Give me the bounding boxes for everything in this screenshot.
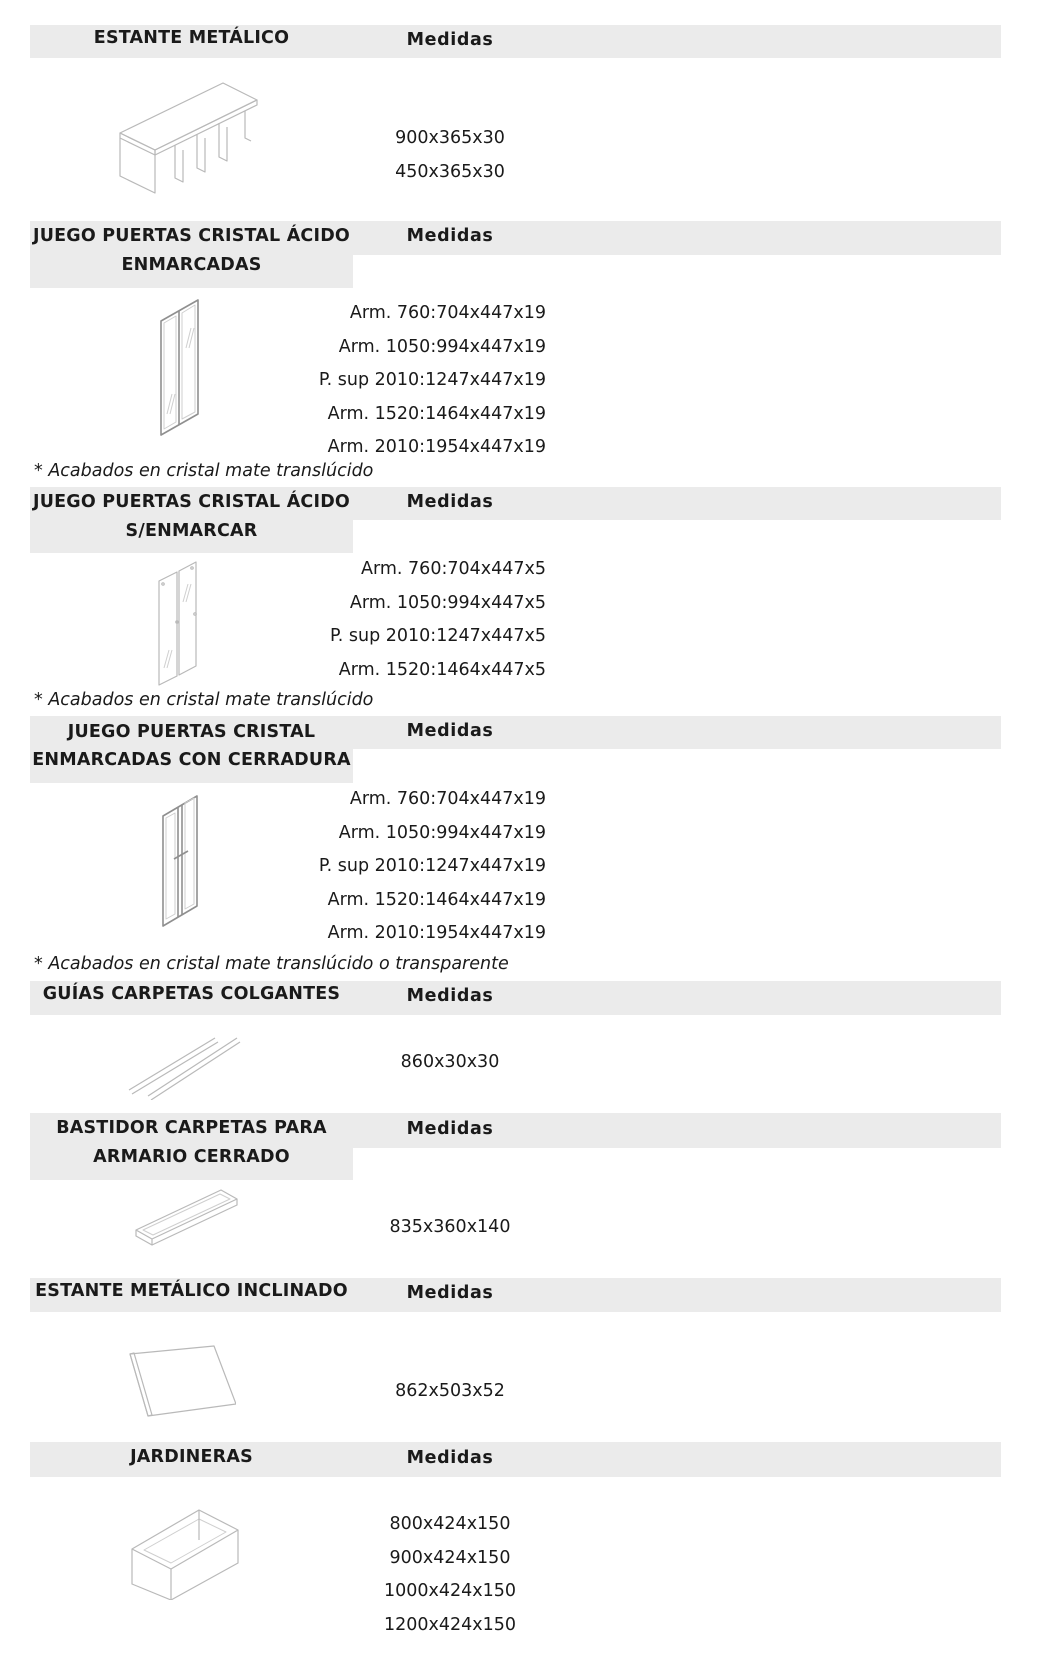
medidas-label: Medidas — [360, 1119, 540, 1139]
dimension-item: Arm. 1050:994x447x19 — [319, 331, 546, 365]
section-title: JUEGO PUERTAS CRISTAL ENMARCADAS CON CER… — [30, 718, 353, 774]
dimension-list: 835x360x140 — [360, 1211, 540, 1245]
finish-note: * Acabados en cristal mate translúcido — [34, 461, 373, 481]
dimension-item: 835x360x140 — [360, 1211, 540, 1245]
finish-note: * Acabados en cristal mate translúcido o… — [34, 954, 509, 974]
dimension-item: Arm. 1520:1464x447x19 — [319, 884, 546, 918]
planter-box-icon — [130, 1508, 245, 1600]
dimension-item: 900x424x150 — [360, 1542, 540, 1576]
dimension-item: P. sup 2010:1247x447x19 — [319, 850, 546, 884]
dimension-item: 860x30x30 — [360, 1046, 540, 1080]
dimension-item: 800x424x150 — [360, 1508, 540, 1542]
dimension-item: Arm. 1520:1464x447x19 — [319, 398, 546, 432]
dimension-item: Arm. 1520:1464x447x5 — [330, 654, 546, 688]
dimension-item: Arm. 760:704x447x19 — [319, 297, 546, 331]
locking-glass-doors-icon — [160, 792, 210, 932]
section-title: BASTIDOR CARPETAS PARA ARMARIO CERRADO — [30, 1114, 353, 1172]
medidas-label: Medidas — [360, 1448, 540, 1468]
section-title: GUÍAS CARPETAS COLGANTES — [30, 980, 353, 1009]
dimension-item: 450x365x30 — [360, 156, 540, 190]
folder-frame-icon — [133, 1186, 248, 1256]
medidas-label: Medidas — [360, 492, 540, 512]
dimension-item: 900x365x30 — [360, 122, 540, 156]
medidas-label: Medidas — [360, 986, 540, 1006]
dimension-item: 862x503x52 — [360, 1375, 540, 1409]
section-title: JUEGO PUERTAS CRISTAL ÁCIDO S/ENMARCAR — [30, 488, 353, 546]
dimension-item: Arm. 1050:994x447x19 — [319, 817, 546, 851]
dimension-item: Arm. 1050:994x447x5 — [330, 587, 546, 621]
dimension-item: P. sup 2010:1247x447x19 — [319, 364, 546, 398]
dimension-list: Arm. 760:704x447x19 Arm. 1050:994x447x19… — [319, 783, 546, 951]
dimension-list: Arm. 760:704x447x5 Arm. 1050:994x447x5 P… — [330, 553, 546, 687]
dimension-list: 900x365x30 450x365x30 — [360, 122, 540, 189]
hanging-folder-rails-icon — [125, 1030, 260, 1100]
framed-glass-doors-icon — [158, 296, 208, 441]
section-title: JARDINERAS — [30, 1443, 353, 1472]
section-title: ESTANTE METÁLICO — [30, 24, 353, 53]
dimension-list: 800x424x150 900x424x150 1000x424x150 120… — [360, 1508, 540, 1642]
dimension-item: Arm. 760:704x447x5 — [330, 553, 546, 587]
medidas-label: Medidas — [360, 30, 540, 50]
medidas-label: Medidas — [360, 721, 540, 741]
medidas-label: Medidas — [360, 1283, 540, 1303]
dimension-item: P. sup 2010:1247x447x5 — [330, 620, 546, 654]
metal-shelf-icon — [115, 78, 260, 198]
inclined-shelf-icon — [126, 1344, 236, 1424]
dimension-item: 1200x424x150 — [360, 1609, 540, 1643]
finish-note: * Acabados en cristal mate translúcido — [34, 690, 373, 710]
dimension-item: Arm. 2010:1954x447x19 — [319, 431, 546, 465]
dimension-item: Arm. 760:704x447x19 — [319, 783, 546, 817]
section-title: JUEGO PUERTAS CRISTAL ÁCIDO ENMARCADAS — [30, 222, 353, 280]
section-title: ESTANTE METÁLICO INCLINADO — [30, 1277, 353, 1306]
dimension-list: 860x30x30 — [360, 1046, 540, 1080]
dimension-list: Arm. 760:704x447x19 Arm. 1050:994x447x19… — [319, 297, 546, 465]
dimension-item: 1000x424x150 — [360, 1575, 540, 1609]
frameless-glass-doors-icon — [155, 558, 205, 688]
medidas-label: Medidas — [360, 226, 540, 246]
dimension-list: 862x503x52 — [360, 1375, 540, 1409]
dimension-item: Arm. 2010:1954x447x19 — [319, 917, 546, 951]
